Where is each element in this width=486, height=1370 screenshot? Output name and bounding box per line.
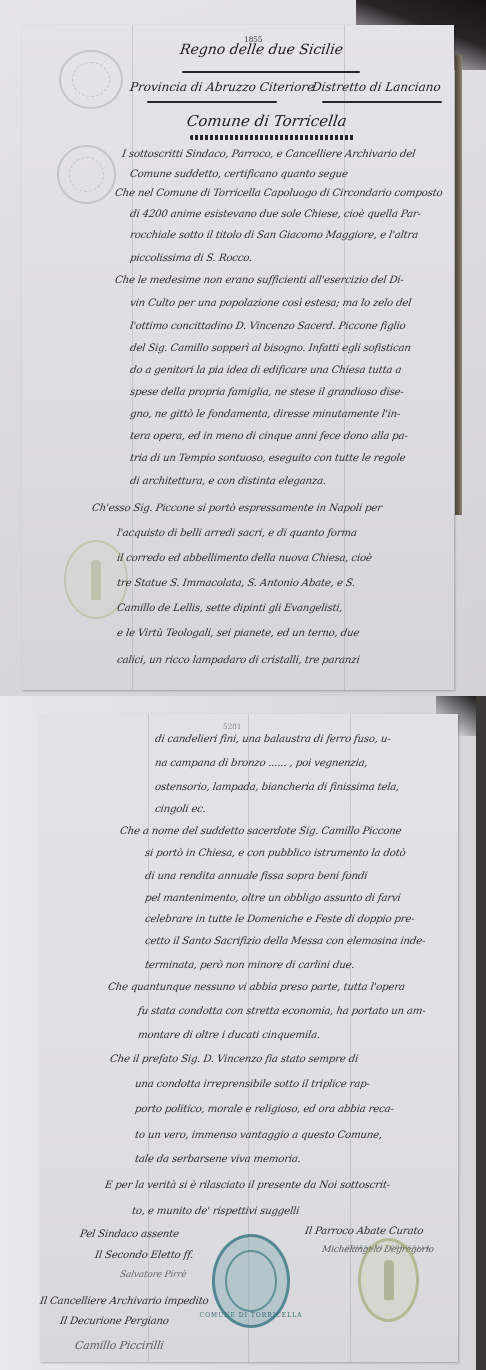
fold-line — [350, 714, 351, 1362]
text-line: del Sig. Camillo sopperì al bisogno. Inf… — [129, 343, 411, 354]
text-line: tale da serbarsene viva memoria. — [134, 1154, 301, 1165]
text-line: Che quantunque nessuno vi abbia preso pa… — [107, 982, 405, 993]
text-line: Che a nome del suddetto sacerdote Sig. C… — [119, 826, 402, 837]
text-line: una condotta irreprensibile sotto il tri… — [134, 1079, 370, 1090]
wavy-underline — [190, 135, 355, 140]
text-line: rocchiale sotto il titolo di San Giacomo… — [129, 230, 418, 241]
text-line: terminata, però non minore di carlini du… — [144, 960, 355, 971]
embossed-seal-icon — [57, 145, 116, 204]
text-line: spese della propria famiglia, ne stese i… — [129, 387, 404, 398]
text-line: Comune suddetto, certificano quanto segu… — [129, 169, 348, 180]
text-line: cingoli ec. — [154, 804, 206, 815]
text-line: to un vero, immenso vantaggio a questo C… — [134, 1130, 383, 1141]
text-line: piccolissima di S. Rocco. — [129, 253, 253, 264]
text-line: to, e munito de' rispettivi suggelli — [131, 1206, 300, 1217]
shadow — [476, 696, 486, 1370]
text-line: E per la verità si è rilasciato il prese… — [104, 1180, 391, 1191]
text-line: Che nel Comune di Torricella Capoluogo d… — [114, 188, 443, 199]
text-line: di candelieri fini, una balaustra di fer… — [154, 734, 391, 745]
fold-line — [132, 25, 133, 690]
heading-kingdom: Regno delle due Sicilie — [179, 42, 344, 58]
text-line: si portò in Chiesa, e con pubblico istru… — [144, 848, 406, 859]
underline-flourish — [182, 71, 360, 73]
embossed-seal-icon — [59, 50, 123, 109]
text-line: pel mantenimento, oltre un obbligo assun… — [144, 893, 401, 904]
text-line: tera opera, ed in meno di cinque anni fe… — [129, 431, 408, 442]
text-line: calici, un ricco lampadaro di cristalli,… — [116, 655, 360, 666]
heading-commune: Comune di Torricella — [186, 112, 348, 130]
text-line: I sottoscritti Sindaco, Parroco, e Cance… — [121, 149, 416, 160]
text-line: vin Culto per una popolazione così estes… — [129, 298, 412, 309]
heading-district: Distretto di Lanciano — [311, 80, 442, 94]
text-line: do a genitori la pia idea di edificare u… — [129, 365, 402, 376]
text-line: Camillo de Lellis, sette dipinti gli Eva… — [116, 603, 343, 614]
text-line: tria di un Tempio sontuoso, eseguito con… — [129, 453, 406, 464]
text-line: Che il prefato Sig. D. Vincenzo fia stat… — [109, 1054, 359, 1065]
text-line: Ch'esso Sig. Piccone si portò espressame… — [91, 503, 382, 514]
text-line: Che le medesime non erano sufficienti al… — [114, 275, 404, 286]
text-line: gno, ne gittò le fondamenta, diresse min… — [129, 409, 401, 420]
heading-province: Provincia di Abruzzo Citeriore — [129, 80, 315, 94]
signature-decurion: Il Decurione Pergiano — [59, 1316, 169, 1327]
document-sheet: 5281 di candelieri fini, una balaustra d… — [40, 714, 458, 1362]
text-line: di 4200 anime esistevano due sole Chiese… — [129, 209, 421, 220]
text-line: porto politico, morale e religioso, ed o… — [134, 1104, 394, 1115]
green-seal-icon: CHIESA DI TORRICELLA — [358, 1238, 419, 1322]
text-line: na campana di bronzo ...... , poi vegnen… — [154, 758, 368, 769]
pencil-note: Camillo Piccirilli — [74, 1339, 164, 1352]
underline-flourish — [147, 101, 277, 103]
text-line: cetto il Santo Sacrifizio della Messa co… — [144, 936, 426, 947]
signature-parish-priest: Il Parroco Abate Curato — [304, 1226, 424, 1237]
text-line: ostensorio, lampada, biancheria di finis… — [154, 782, 400, 793]
blue-seal-icon: COMUNE DI TORRICELLA — [212, 1234, 290, 1328]
underline-flourish — [322, 101, 442, 103]
document-photo-page-2: 5281 di candelieri fini, una balaustra d… — [0, 696, 486, 1370]
text-line: l'ottimo concittadino D. Vincenzo Sacerd… — [129, 321, 406, 332]
page-mark: 5281 — [223, 722, 241, 731]
text-line: montare di oltre i ducati cinquemila. — [137, 1030, 321, 1041]
text-line: di architettura, e con distinta eleganza… — [129, 476, 327, 487]
signature-mayor: Pel Sindaco assente — [79, 1229, 179, 1240]
document-photo-page-1: 1855 Regno delle due Sicilie Provincia d… — [0, 0, 486, 696]
signature-second-elect-name: Salvatore Pirrè — [119, 1270, 187, 1280]
signature-chancellor: Il Cancelliere Archivario impedito — [39, 1296, 209, 1307]
document-sheet: 1855 Regno delle due Sicilie Provincia d… — [22, 25, 454, 690]
text-line: l'acquisto di belli arredi sacri, e di q… — [116, 528, 357, 539]
blue-seal-text: COMUNE DI TORRICELLA — [200, 1312, 303, 1319]
text-line: fu stata condotta con stretta economia, … — [137, 1006, 426, 1017]
text-line: di una rendita annuale fissa sopra beni … — [144, 871, 368, 882]
green-seal-text: CHIESA DI TORRICELLA — [346, 1245, 431, 1251]
text-line: tre Statue S. Immacolata, S. Antonio Aba… — [116, 578, 356, 589]
text-line: e le Virtù Teologali, sei pianete, ed un… — [116, 628, 360, 639]
text-line: il corredo ed abbellimento della nuova C… — [116, 553, 372, 564]
text-line: celebrare in tutte le Domeniche e Feste … — [144, 914, 415, 925]
signature-second-elect: Il Secondo Eletto ff. — [94, 1250, 194, 1261]
